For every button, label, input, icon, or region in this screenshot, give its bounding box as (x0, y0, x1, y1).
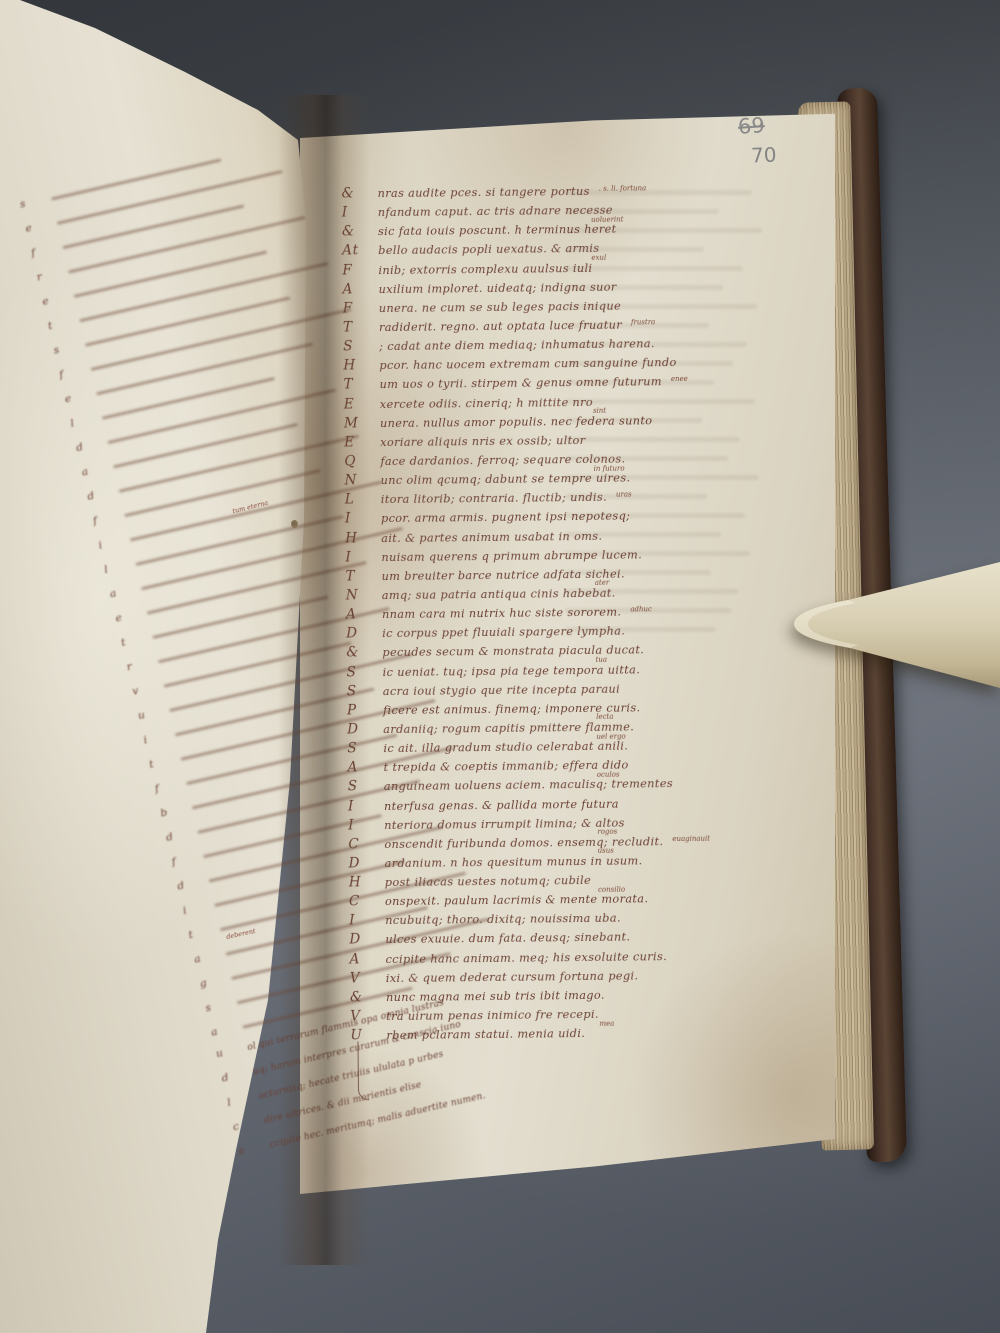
verse-text: inib; extorris complexu auulsus iuli (378, 261, 592, 276)
interlinear-gloss: rogos (597, 828, 617, 836)
verse-initial: c (232, 1118, 252, 1134)
interlinear-gloss: usus (598, 847, 614, 855)
verse-initial: f (170, 852, 190, 868)
marginal-gloss: . s. li. fortuna (599, 184, 647, 192)
verse-initial: At (342, 243, 378, 259)
verse-initial: s (19, 194, 39, 210)
verse-initial: & (342, 223, 378, 239)
verse-initial: t (148, 755, 168, 771)
marginal-gloss: frustra (631, 318, 655, 326)
verse-initial: F (342, 262, 378, 278)
interlinear-gloss: in futuro (594, 464, 625, 472)
verse-initial: d (165, 828, 185, 844)
verse-text: unera. ne cum se sub leges pacis inique (379, 299, 621, 315)
verse-text: um uos o tyrii. stirpem & genus omne fut… (380, 376, 662, 392)
verse-initial: e (41, 292, 61, 308)
verse-initial: t (120, 633, 140, 649)
verse-text: ; cadat ante diem mediaq; inhumatus hare… (379, 337, 655, 353)
interlinear-gloss: exul (591, 254, 606, 262)
interlinear-gloss: consilio (598, 885, 625, 893)
verse-initial: a (80, 462, 100, 478)
verse-text: itora litorib; contraria. fluctib; undis… (381, 491, 607, 506)
verse-initial: i (182, 901, 202, 917)
verse-text: unera. nullus amor populis. nec federa s… (380, 414, 653, 430)
verse-initial: f (30, 243, 50, 259)
interlinear-gloss: oculos (597, 770, 620, 778)
verse-initial: l (103, 560, 123, 576)
verse-text: nfandum caput. ac tris adnare necesse (378, 204, 613, 219)
verse-text: xercete odiis. cineriq; h mittite nro (380, 395, 593, 410)
verse-initial: r (35, 268, 55, 284)
interlinear-gloss: uoluerint (591, 215, 624, 223)
verse-text: pcor. hanc uocem extremam cum sanguine f… (379, 356, 676, 372)
marginal-gloss: enee (671, 375, 688, 383)
verse-text: radiderit. regno. aut optata luce fruatu… (379, 319, 622, 335)
interlinear-gloss: tua (596, 656, 608, 664)
interlinear-gloss: lecta (596, 713, 613, 721)
verse-initial: s (52, 341, 72, 357)
verse-initial: e (64, 389, 84, 405)
marginal-gloss: euaginauit (672, 834, 710, 842)
verse-text: um breuiter barce nutrice adfata sichei. (382, 567, 625, 583)
interlinear-gloss: mea (599, 1019, 614, 1027)
verse-initial: l (226, 1093, 246, 1109)
verse-initial: d (176, 877, 196, 893)
verse-initial: a (109, 584, 129, 600)
verse-initial: a (210, 1023, 230, 1039)
verse-initial: d (220, 1069, 240, 1085)
folio-number: 70 (751, 143, 777, 168)
marginal-gloss: adhuc (630, 605, 652, 613)
verse-text: xoriare aliquis nris ex ossib; ultor (380, 434, 585, 449)
verse-initial: i (142, 730, 162, 746)
verse-text: bello audacis popli uexatus. & armis (378, 242, 599, 257)
marginal-gloss: uras (616, 491, 632, 499)
verse-initial: & (342, 185, 378, 201)
verse-text: unc olim qcumq; dabunt se tempre uires. (381, 472, 631, 488)
verse-initial: l (69, 414, 89, 430)
verse-initial: d (75, 438, 95, 454)
verse-initial: e (24, 219, 44, 235)
verse-text: nras audite pces. si tangere portus (378, 185, 590, 200)
folio-number-crossed-out: 69 (737, 113, 765, 139)
verse-initial: u (215, 1045, 235, 1061)
verse-text: pcor. arma armis. pugnent ipsi nepotesq; (381, 510, 630, 526)
verse-initial: f (154, 779, 174, 795)
verse-initial: t (47, 316, 67, 332)
verse-initial: I (342, 204, 378, 220)
verse-text: uxilium imploret. uideatq; indigna suor (379, 280, 617, 295)
verse-initial: f (58, 365, 78, 381)
manuscript-photo: &nras audite pces. si tangere portus. s.… (0, 0, 1000, 1333)
interlinear-gloss: uel ergo (596, 732, 625, 740)
verse-initial: b (159, 803, 179, 819)
verse-initial: t (187, 925, 207, 941)
verse-initial: g (199, 974, 219, 990)
verse-initial: e (114, 609, 134, 625)
verse-text: ait. & partes animum usabat in oms. (381, 529, 602, 544)
interlinear-gloss: ater (595, 579, 610, 587)
verse-text: sic fata iouis poscunt. h terminus heret (378, 223, 617, 238)
verse-initial: s (204, 998, 224, 1014)
verse-text: face dardanios. ferroq; sequare colonos. (380, 452, 625, 468)
ivory-pointer (778, 548, 1000, 698)
verse-initial: f (92, 511, 112, 527)
verse-initial: e (237, 1142, 257, 1158)
verse-initial: v (131, 682, 151, 698)
verse-initial: d (86, 487, 106, 503)
verse-text: nuisam querens q primum abrumpe lucem. (381, 548, 642, 564)
interlinear-gloss: sint (593, 407, 606, 415)
parchment-blemish (291, 520, 298, 528)
verse-initial: i (97, 536, 117, 552)
verse-initial: r (125, 657, 145, 673)
verse-initial: u (137, 706, 157, 722)
verse-initial: a (193, 950, 213, 966)
